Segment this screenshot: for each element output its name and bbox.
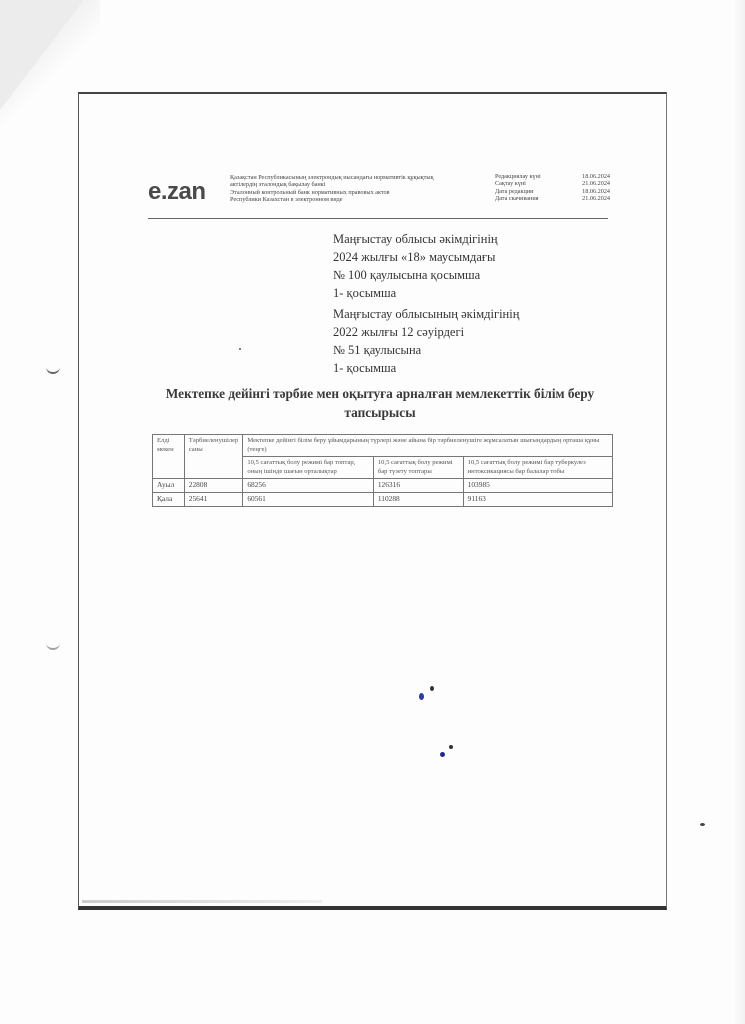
cell-col1: 68256 [243,479,374,493]
annex-original-reference: Маңғыстау облысының әкімдігінің 2022 жыл… [333,305,573,377]
ezan-logo: e.zan [148,178,206,206]
date-label: Дата редакции [495,188,533,195]
cell-pupils: 25641 [184,492,243,506]
document-title: Мектепке дейінгі тәрбие мен оқытуға арна… [160,384,600,422]
annex-line: 1- қосымша [333,284,573,302]
header-line: актілердің эталондық бақылау банкі [230,181,490,188]
annex-line: № 51 қаулысына [333,341,573,359]
date-value: 18.06.2024 [582,188,610,195]
header-divider [148,218,608,219]
table-row: Қала 25641 60561 110288 91163 [153,492,613,506]
cell-col2: 126316 [373,479,463,493]
scan-smudge [82,900,322,903]
scan-folded-corner [0,0,84,110]
date-value: 18.06.2024 [582,173,610,180]
date-label: Сақтау күні [495,180,526,187]
date-row: Дата редакции18.06.2024 [495,188,610,195]
annex-line: 2024 жылғы «18» маусымдағы [333,248,573,266]
cell-pupils: 22808 [184,479,243,493]
header-col3: 10,5 сағаттық болу режимі бар туберкулез… [463,457,612,479]
ezan-header: e.zan Қазақстан Республикасының электрон… [148,170,608,220]
date-value: 21.06.2024 [582,180,610,187]
state-order-table: Елді мекен Тәрбиеленушілер саны Мектепке… [152,434,613,507]
annex-line: 1- қосымша [333,359,573,377]
cell-locality: Қала [153,492,185,506]
staple-mark [46,366,60,374]
header-pupils: Тәрбиеленушілер саны [184,435,243,479]
annex-line: № 100 қаулысына қосымша [333,266,573,284]
cell-col3: 103985 [463,479,612,493]
date-row: Редакциялау күні18.06.2024 [495,173,610,180]
annex-line: 2022 жылғы 12 сәуірдегі [333,323,573,341]
header-dates: Редакциялау күні18.06.2024 Сақтау күні21… [495,173,610,202]
header-line: Республики Казахстан в электронном виде [230,196,490,203]
cell-col1: 60561 [243,492,374,506]
date-row: Дата скачивания21.06.2024 [495,195,610,202]
ink-speck [700,823,705,826]
header-line: Эталонный контрольный банк нормативных п… [230,189,490,196]
table-header-row: Елді мекен Тәрбиеленушілер саны Мектепке… [153,435,613,457]
header-group: Мектепке дейінгі білім беру ұйымдарының … [243,435,613,457]
header-source-lines: Қазақстан Республикасының электрондық ны… [230,174,490,203]
header-line: Қазақстан Республикасының электрондық ны… [230,174,490,181]
header-col1: 10,5 сағаттық болу режимі бар топтар, он… [243,457,374,479]
date-label: Редакциялау күні [495,173,541,180]
annex-current-reference: Маңғыстау облысы әкімдігінің 2024 жылғы … [333,230,573,302]
scan-edge [735,0,745,1024]
table-row: Ауыл 22808 68256 126316 103985 [153,479,613,493]
cell-locality: Ауыл [153,479,185,493]
date-row: Сақтау күні21.06.2024 [495,180,610,187]
header-col2: 10,5 сағаттық болу режимі бар түзету топ… [373,457,463,479]
cell-col2: 110288 [373,492,463,506]
staple-mark [46,642,60,650]
date-label: Дата скачивания [495,195,539,202]
header-locality: Елді мекен [153,435,185,479]
date-value: 21.06.2024 [582,195,610,202]
annex-line: Маңғыстау облысы әкімдігінің [333,230,573,248]
cell-col3: 91163 [463,492,612,506]
annex-line: Маңғыстау облысының әкімдігінің [333,305,573,323]
